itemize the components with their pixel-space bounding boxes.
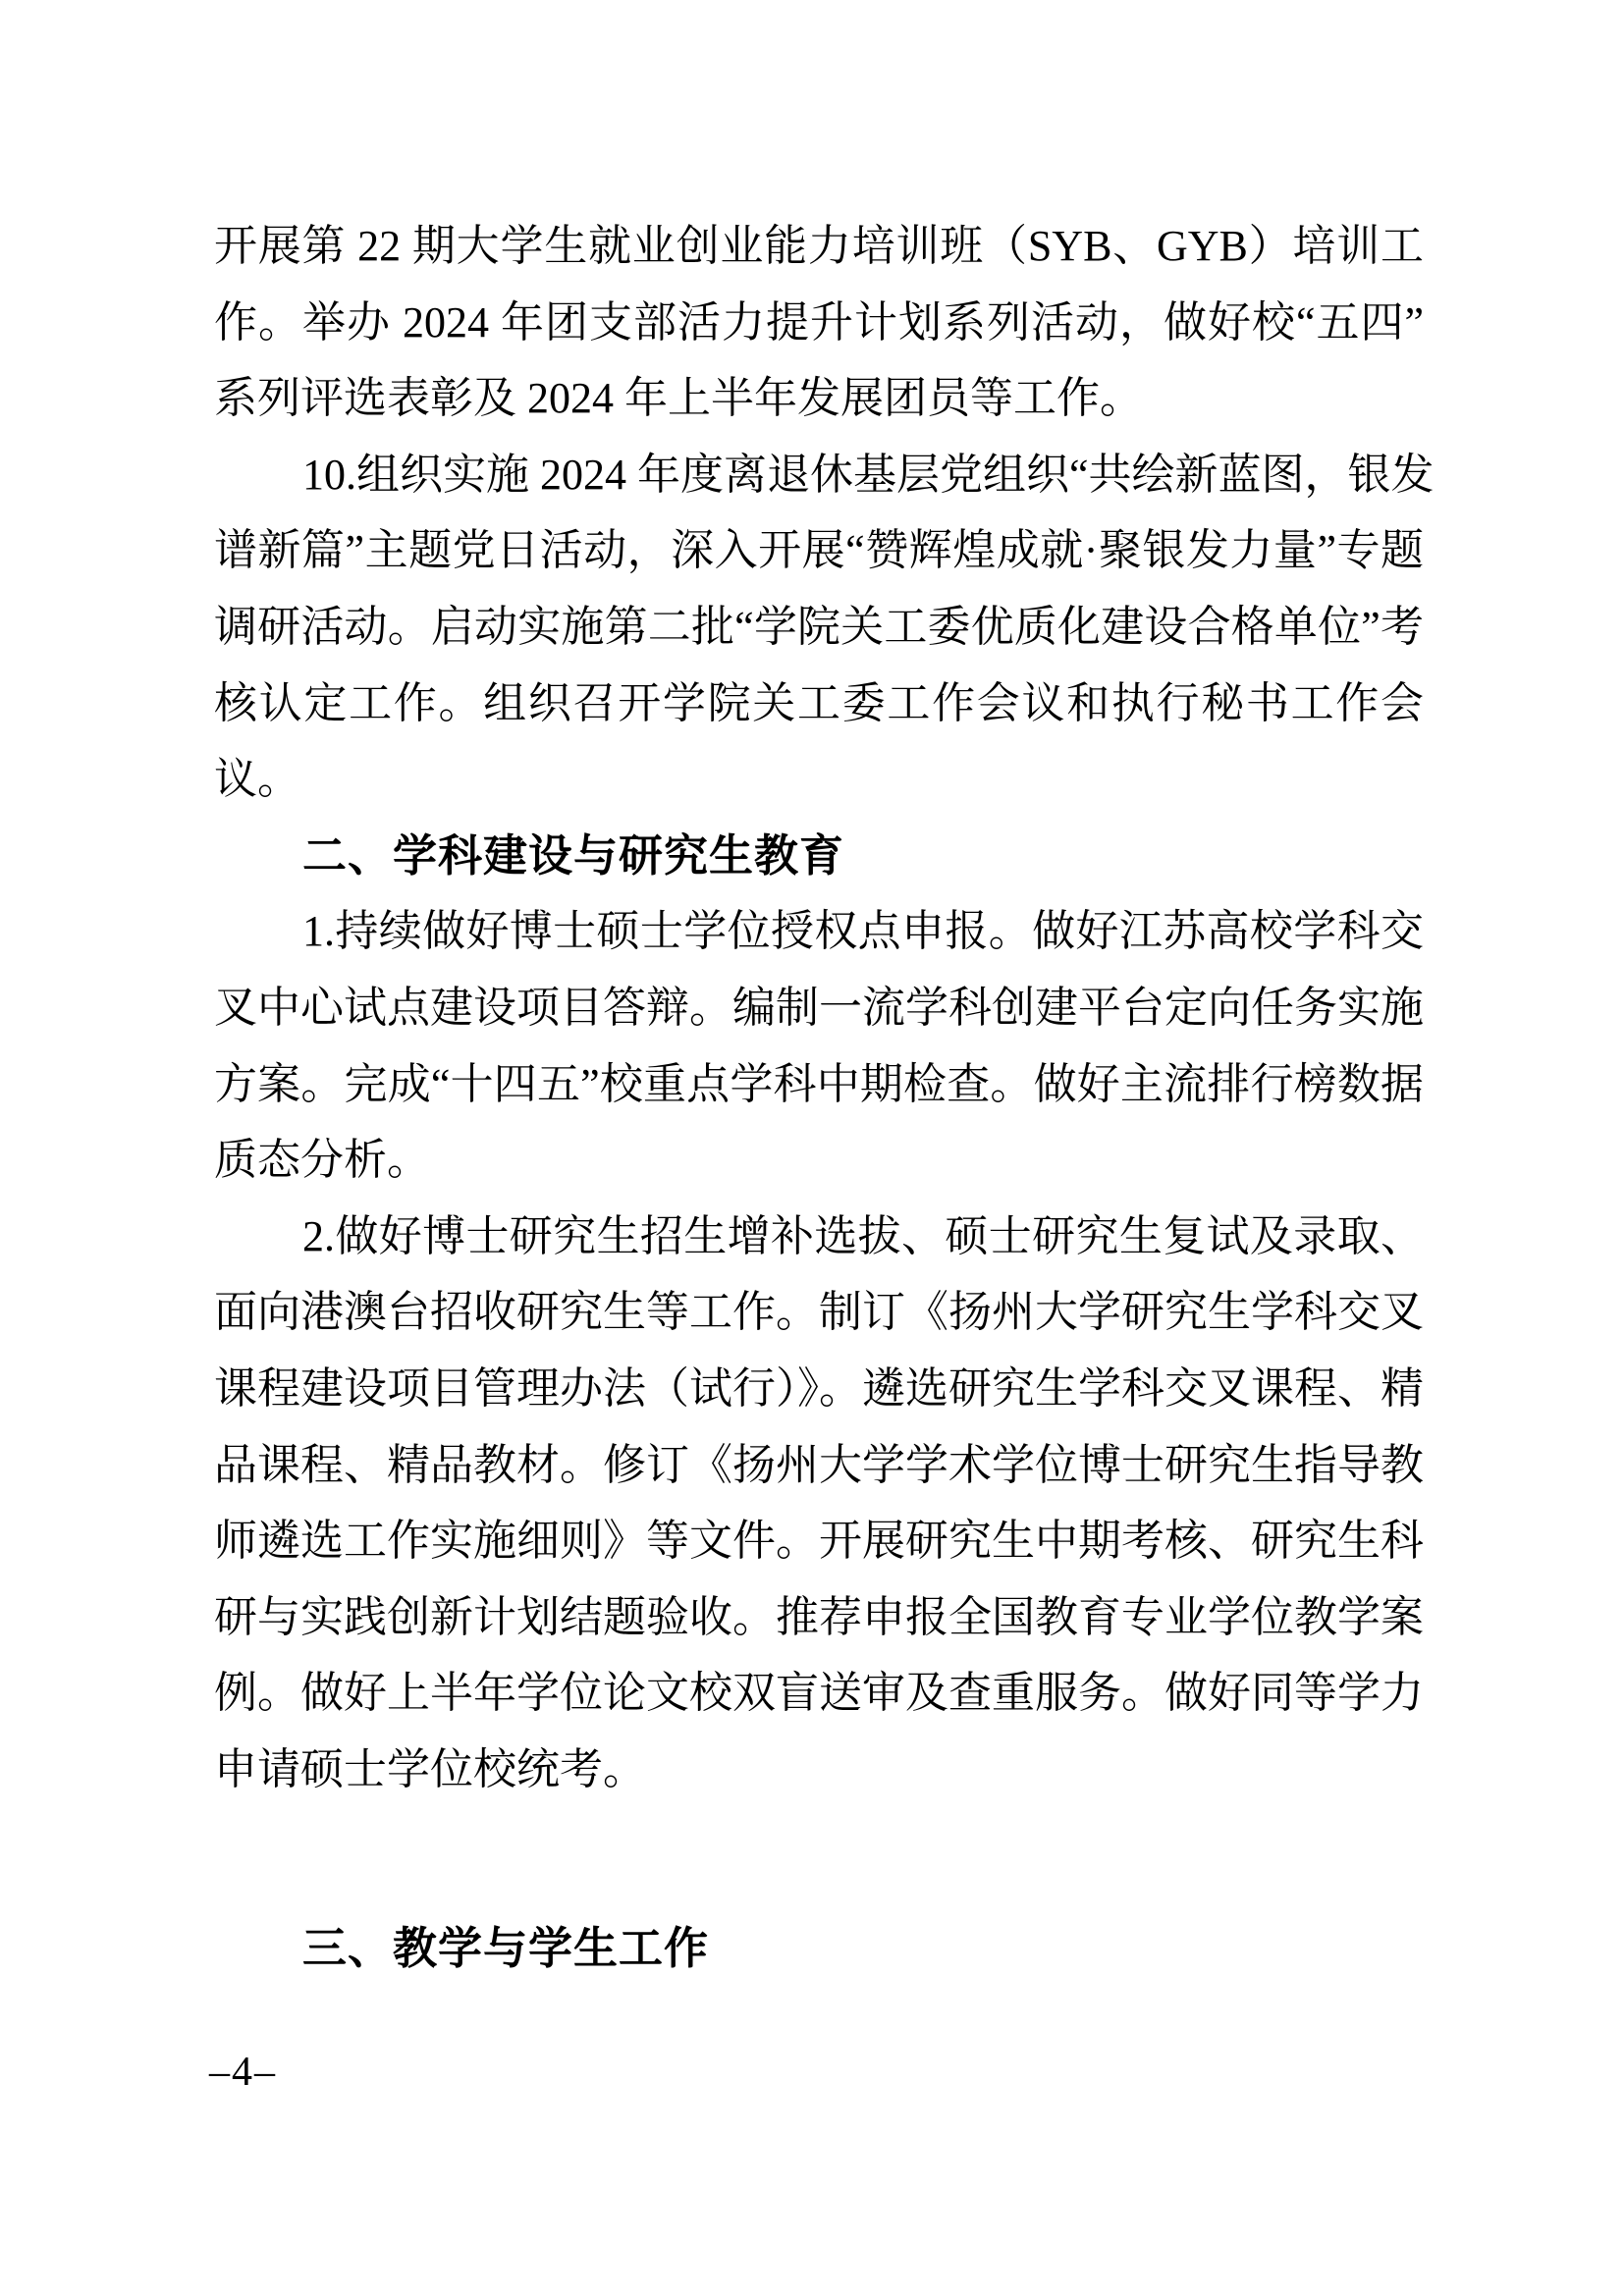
page-number: –4–	[209, 2052, 277, 2093]
body-line: 面向港澳台招收研究生等工作。制订《扬州大学研究生学科交叉	[214, 1274, 1424, 1351]
body-line: 谱新篇”主题党日活动，深入开展“赞辉煌成就·聚银发力量”专题	[214, 512, 1424, 589]
body-line: 研与实践创新计划结题验收。推荐申报全国教育专业学位教学案	[214, 1579, 1424, 1656]
body-line: 例。做好上半年学位论文校双盲送审及查重服务。做好同等学力	[214, 1655, 1424, 1732]
body-line: 调研活动。启动实施第二批“学院关工委优质化建设合格单位”考	[214, 589, 1424, 666]
body-line-item-1: 1.持续做好博士硕士学位授权点申报。做好江苏高校学科交	[214, 893, 1424, 970]
body-line: 品课程、精品教材。修订《扬州大学学术学位博士研究生指导教	[214, 1427, 1424, 1504]
body-line: 议。	[214, 741, 1424, 818]
body-line-item-2: 2.做好博士研究生招生增补选拔、硕士研究生复试及录取、	[214, 1199, 1424, 1275]
body-line: 质态分析。	[214, 1122, 1424, 1199]
body-line: 师遴选工作实施细则》等文件。开展研究生中期考核、研究生科	[214, 1503, 1424, 1579]
section-heading-teaching-student: 三、教学与学生工作	[214, 1910, 1424, 1987]
body-line: 叉中心试点建设项目答辩。编制一流学科创建平台定向任务实施	[214, 970, 1424, 1046]
body-line-item-10: 10.组织实施 2024 年度离退休基层党组织“共绘新蓝图，银发	[214, 437, 1424, 513]
body-line: 申请硕士学位校统考。	[214, 1732, 1424, 1808]
body-line: 作。举办 2024 年团支部活力提升计划系列活动，做好校“五四”	[214, 285, 1424, 361]
body-line: 开展第 22 期大学生就业创业能力培训班（SYB、GYB）培训工	[214, 208, 1424, 285]
document-page: 开展第 22 期大学生就业创业能力培训班（SYB、GYB）培训工 作。举办 20…	[0, 0, 1624, 2296]
section-heading-discipline-graduate: 二、学科建设与研究生教育	[214, 818, 1424, 894]
document-body: 开展第 22 期大学生就业创业能力培训班（SYB、GYB）培训工 作。举办 20…	[214, 208, 1424, 1987]
body-line: 方案。完成“十四五”校重点学科中期检查。做好主流排行榜数据	[214, 1046, 1424, 1123]
body-line: 核认定工作。组织召开学院关工委工作会议和执行秘书工作会	[214, 666, 1424, 742]
body-line: 系列评选表彰及 2024 年上半年发展团员等工作。	[214, 360, 1424, 437]
body-line: 课程建设项目管理办法（试行）》。遴选研究生学科交叉课程、精	[214, 1351, 1424, 1427]
